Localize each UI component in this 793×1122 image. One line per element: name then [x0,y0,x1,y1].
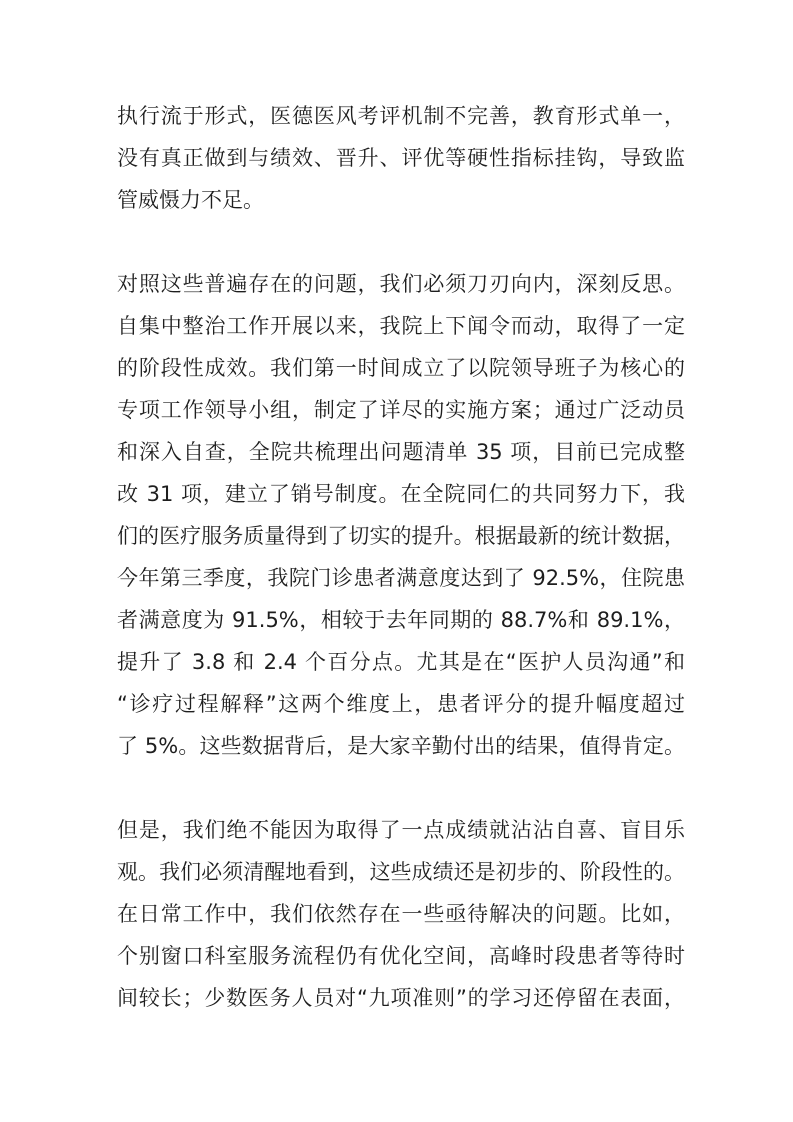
text-line: 个别窗口科室服务流程仍有优化空间，高峰时段患者等待时 [117,935,685,977]
text-line: 观。我们必须清醒地看到，这些成绩还是初步的、阶段性的。 [117,851,685,893]
text-line: 在日常工作中，我们依然存在一些亟待解决的问题。比如， [117,893,685,935]
text-line: 专项工作领导小组，制定了详尽的实施方案；通过广泛动员 [117,389,685,431]
text-line: 自集中整治工作开展以来，我院上下闻令而动，取得了一定 [117,305,685,347]
paragraph-2: 对照这些普遍存在的问题，我们必须刀刃向内，深刻反思。 自集中整治工作开展以来，我… [117,263,685,767]
text-line: 但是，我们绝不能因为取得了一点成绩就沾沾自喜、盲目乐 [117,809,685,851]
text-line: 和深入自查，全院共梳理出问题清单 35 项，目前已完成整 [117,431,685,473]
text-line: 今年第三季度，我院门诊患者满意度达到了 92.5%，住院患 [117,557,685,599]
paragraph-1: 执行流于形式，医德医风考评机制不完善，教育形式单一， 没有真正做到与绩效、晋升、… [117,95,685,221]
text-line: 执行流于形式，医德医风考评机制不完善，教育形式单一， [117,95,685,137]
text-line: 间较长；少数医务人员对“九项准则”的学习还停留在表面， [117,977,685,1019]
document-content: 执行流于形式，医德医风考评机制不完善，教育形式单一， 没有真正做到与绩效、晋升、… [117,95,685,1019]
text-line: 对照这些普遍存在的问题，我们必须刀刃向内，深刻反思。 [117,263,685,305]
text-line: 了 5%。这些数据背后，是大家辛勤付出的结果，值得肯定。 [117,725,685,767]
text-line: 者满意度为 91.5%，相较于去年同期的 88.7%和 89.1%，分别 [117,599,685,641]
text-line: 的阶段性成效。我们第一时间成立了以院领导班子为核心的 [117,347,685,389]
text-line: 管威慑力不足。 [117,179,685,221]
text-line: 改 31 项，建立了销号制度。在全院同仁的共同努力下，我 [117,473,685,515]
text-line: 们的医疗服务质量得到了切实的提升。根据最新的统计数据， [117,515,685,557]
document-page: 执行流于形式，医德医风考评机制不完善，教育形式单一， 没有真正做到与绩效、晋升、… [0,0,793,1122]
text-line: “诊疗过程解释”这两个维度上，患者评分的提升幅度超过 [117,683,685,725]
text-line: 提升了 3.8 和 2.4 个百分点。尤其是在“医护人员沟通”和 [117,641,685,683]
text-line: 没有真正做到与绩效、晋升、评优等硬性指标挂钩，导致监 [117,137,685,179]
paragraph-3: 但是，我们绝不能因为取得了一点成绩就沾沾自喜、盲目乐 观。我们必须清醒地看到，这… [117,809,685,1019]
